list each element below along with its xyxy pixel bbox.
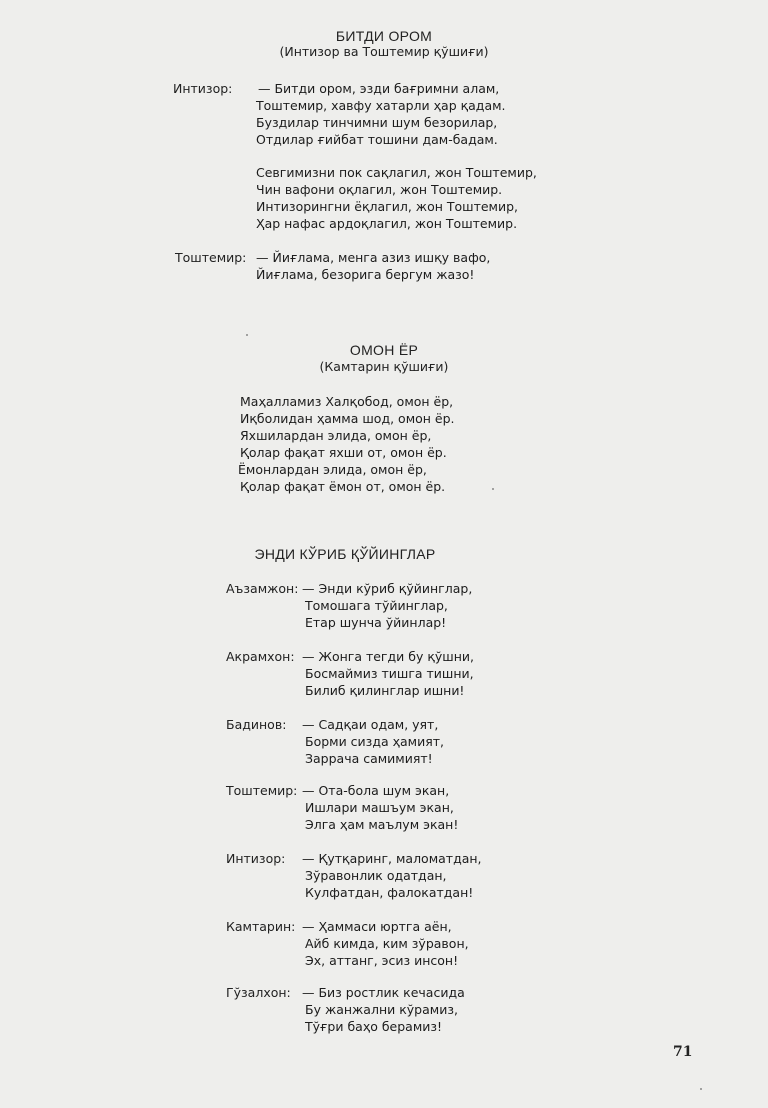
- verse-line: Интизорингни ёқлагил, жон Тоштемир,: [256, 198, 518, 215]
- verse-line: — Жонга тегди бу қўшни,: [302, 648, 474, 665]
- book-page: БИТДИ ОРОМ (Интизор ва Тоштемир қўшиғи) …: [0, 0, 768, 1108]
- verse-line: Зўравонлик одатдан,: [305, 867, 447, 884]
- verse-line: Иқболидан ҳамма шод, омон ёр.: [240, 410, 455, 427]
- verse-line: Бу жанжални кўрамиз,: [305, 1001, 458, 1018]
- verse-line: — Ҳаммаси юртга аён,: [302, 918, 452, 935]
- song-title: БИТДИ ОРОМ: [0, 28, 768, 44]
- verse-line: Қолар фақат ёмон от, омон ёр.: [240, 478, 445, 495]
- scan-speck: [700, 1088, 702, 1090]
- verse-line: Йиғлама, безорига бергум жазо!: [256, 266, 474, 283]
- verse-line: Айб кимда, ким зўравон,: [305, 935, 469, 952]
- verse-line: Кулфатдан, фалокатдан!: [305, 884, 473, 901]
- verse-line: Маҳалламиз Халқобод, омон ёр,: [240, 393, 453, 410]
- speaker-label: Интизор:: [226, 850, 285, 867]
- verse-line: — Биз ростлик кечасида: [302, 984, 465, 1001]
- speaker-label: Интизор:: [173, 80, 232, 97]
- verse-line: Яхшилардан элида, омон ёр,: [240, 427, 431, 444]
- verse-line: Севгимизни пок сақлагил, жон Тоштемир,: [256, 164, 537, 181]
- scan-speck: [246, 334, 248, 336]
- scan-speck: [492, 488, 494, 490]
- verse-line: — Энди кўриб қўйинглар,: [302, 580, 472, 597]
- verse-line: Эх, аттанг, эсиз инсон!: [305, 952, 458, 969]
- verse-line: Ёмонлардан элида, омон ёр,: [238, 461, 427, 478]
- verse-line: Томошага тўйинглар,: [305, 597, 448, 614]
- verse-line: — Қутқаринг, маломатдан,: [302, 850, 482, 867]
- song-subtitle: (Камтарин қўшиғи): [0, 359, 768, 374]
- speaker-label: Камтарин:: [226, 918, 295, 935]
- song-title: ЭНДИ КЎРИБ ҚЎЙИНГЛАР: [0, 546, 690, 562]
- speaker-label: Аъзамжон:: [226, 580, 298, 597]
- verse-line: Ҳар нафас ардоқлагил, жон Тоштемир.: [256, 215, 517, 232]
- verse-line: — Йиғлама, менга азиз ишқу вафо,: [256, 249, 490, 266]
- verse-line: Чин вафони оқлагил, жон Тоштемир.: [256, 181, 502, 198]
- speaker-label: Акрамхон:: [226, 648, 295, 665]
- verse-line: Билиб қилинглар ишни!: [305, 682, 464, 699]
- verse-line: Босмаймиз тишга тишни,: [305, 665, 474, 682]
- verse-line: Тўғри баҳо берамиз!: [305, 1018, 442, 1035]
- verse-line: Буздилар тинчимни шум безорилар,: [256, 114, 497, 131]
- page-number: 71: [673, 1044, 692, 1060]
- verse-line: Отдилар ғийбат тошини дам-бадам.: [256, 131, 498, 148]
- verse-line: Тоштемир, хавфу хатарли ҳар қадам.: [256, 97, 506, 114]
- song-subtitle: (Интизор ва Тоштемир қўшиғи): [0, 44, 768, 59]
- verse-line: Элга ҳам маълум экан!: [305, 816, 458, 833]
- verse-line: — Садқаи одам, уят,: [302, 716, 438, 733]
- verse-line: — Ота-бола шум экан,: [302, 782, 449, 799]
- verse-line: Борми сизда ҳамият,: [305, 733, 444, 750]
- verse-line: — Битди ором, эзди бағримни алам,: [258, 80, 499, 97]
- speaker-label: Тоштемир:: [175, 249, 246, 266]
- song-title: ОМОН ЁР: [0, 342, 768, 358]
- verse-line: Қолар фақат яхши от, омон ёр.: [240, 444, 447, 461]
- speaker-label: Гўзалхон:: [226, 984, 291, 1001]
- verse-line: Заррача самимият!: [305, 750, 433, 767]
- verse-line: Ишлари машъум экан,: [305, 799, 454, 816]
- verse-line: Етар шунча ўйинлар!: [305, 614, 446, 631]
- speaker-label: Бадинов:: [226, 716, 286, 733]
- speaker-label: Тоштемир:: [226, 782, 297, 799]
